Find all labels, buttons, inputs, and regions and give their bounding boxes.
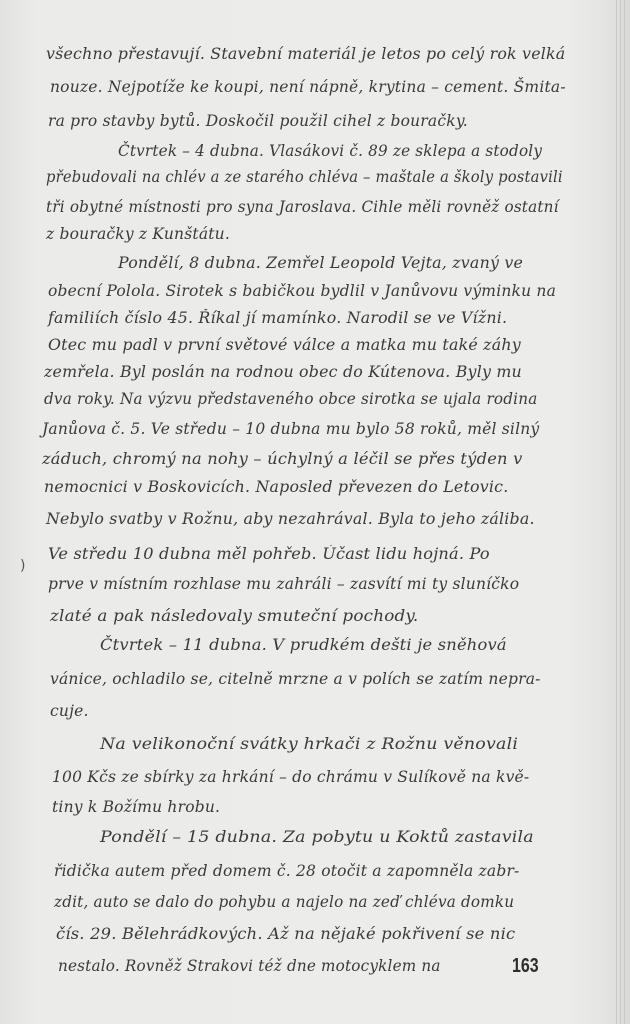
text-line: řidička autem před domem č. 28 otočit a … [54, 862, 520, 880]
text-line: zemřela. Byl poslán na rodnou obec do Kú… [44, 363, 522, 381]
text-line: Čtvrtek – 4 dubna. Vlasákovi č. 89 ze sk… [118, 142, 542, 160]
text-line: familiích číslo 45. Říkal jí mamínko. Na… [48, 309, 507, 327]
text-line: z bouračky z Kunštátu. [46, 225, 230, 243]
text-line: Nebylo svatby v Rožnu, aby nezahrával. B… [46, 510, 535, 528]
text-line: 100 Kčs ze sbírky za hrkání – do chrámu … [52, 768, 529, 786]
page-edge [616, 0, 617, 1024]
page-edge [624, 0, 625, 1024]
text-line: čís. 29. Bělehrádkových. Až na nějaké po… [56, 925, 515, 943]
text-line: ra pro stavby bytů. Doskočil použil cihe… [48, 112, 468, 130]
text-line: Pondělí – 15 dubna. Za pobytu u Koktů za… [100, 828, 534, 846]
page-edge [620, 0, 621, 1024]
scanned-page: všechno přestavují. Stavební materiál je… [0, 0, 630, 1024]
text-line: Otec mu padl v první světové válce a mat… [48, 336, 521, 354]
text-line: Na velikonoční svátky hrkači z Rožnu věn… [100, 735, 518, 753]
text-line: tři obytné místnosti pro syna Jaroslava.… [46, 198, 559, 216]
text-line: Janůova č. 5. Ve středu – 10 dubna mu by… [42, 420, 539, 438]
text-line: cuje. [50, 702, 89, 720]
text-line: zdit, auto se dalo do pohybu a najelo na… [54, 893, 514, 911]
text-line: nemocnici v Boskovicích. Naposled převez… [44, 478, 508, 496]
text-line: přebudovali na chlév a ze starého chléva… [46, 168, 563, 186]
text-line: prve v místním rozhlase mu zahráli – zas… [48, 575, 519, 593]
margin-mark: ) [20, 558, 25, 574]
text-line: všechno přestavují. Stavební materiál je… [46, 45, 565, 63]
text-line: záduch, chromý na nohy – úchylný a léčil… [42, 450, 523, 468]
text-line: nestalo. Rovněž Strakovi též dne motocyk… [58, 957, 441, 975]
text-line: dva roky. Na výzvu představeného obce si… [44, 390, 537, 408]
text-line: nouze. Nejpotíže ke koupi, není nápně, k… [50, 78, 566, 96]
text-line: Pondělí, 8 dubna. Zemřel Leopold Vejta, … [118, 254, 523, 272]
text-line: Čtvrtek – 11 dubna. V prudkém dešti je s… [100, 636, 507, 654]
text-line: zlaté a pak následovaly smuteční pochody… [50, 607, 418, 625]
text-line: vánice, ochladilo se, citelně mrzne a v … [50, 670, 541, 688]
text-line: obecní Polola. Sirotek s babičkou bydlil… [48, 282, 556, 300]
text-line: Ve středu 10 dubna měl pohřeb. Účast lid… [48, 545, 490, 563]
text-line: tiny k Božímu hrobu. [52, 798, 220, 816]
page-number: 163 [512, 955, 539, 978]
